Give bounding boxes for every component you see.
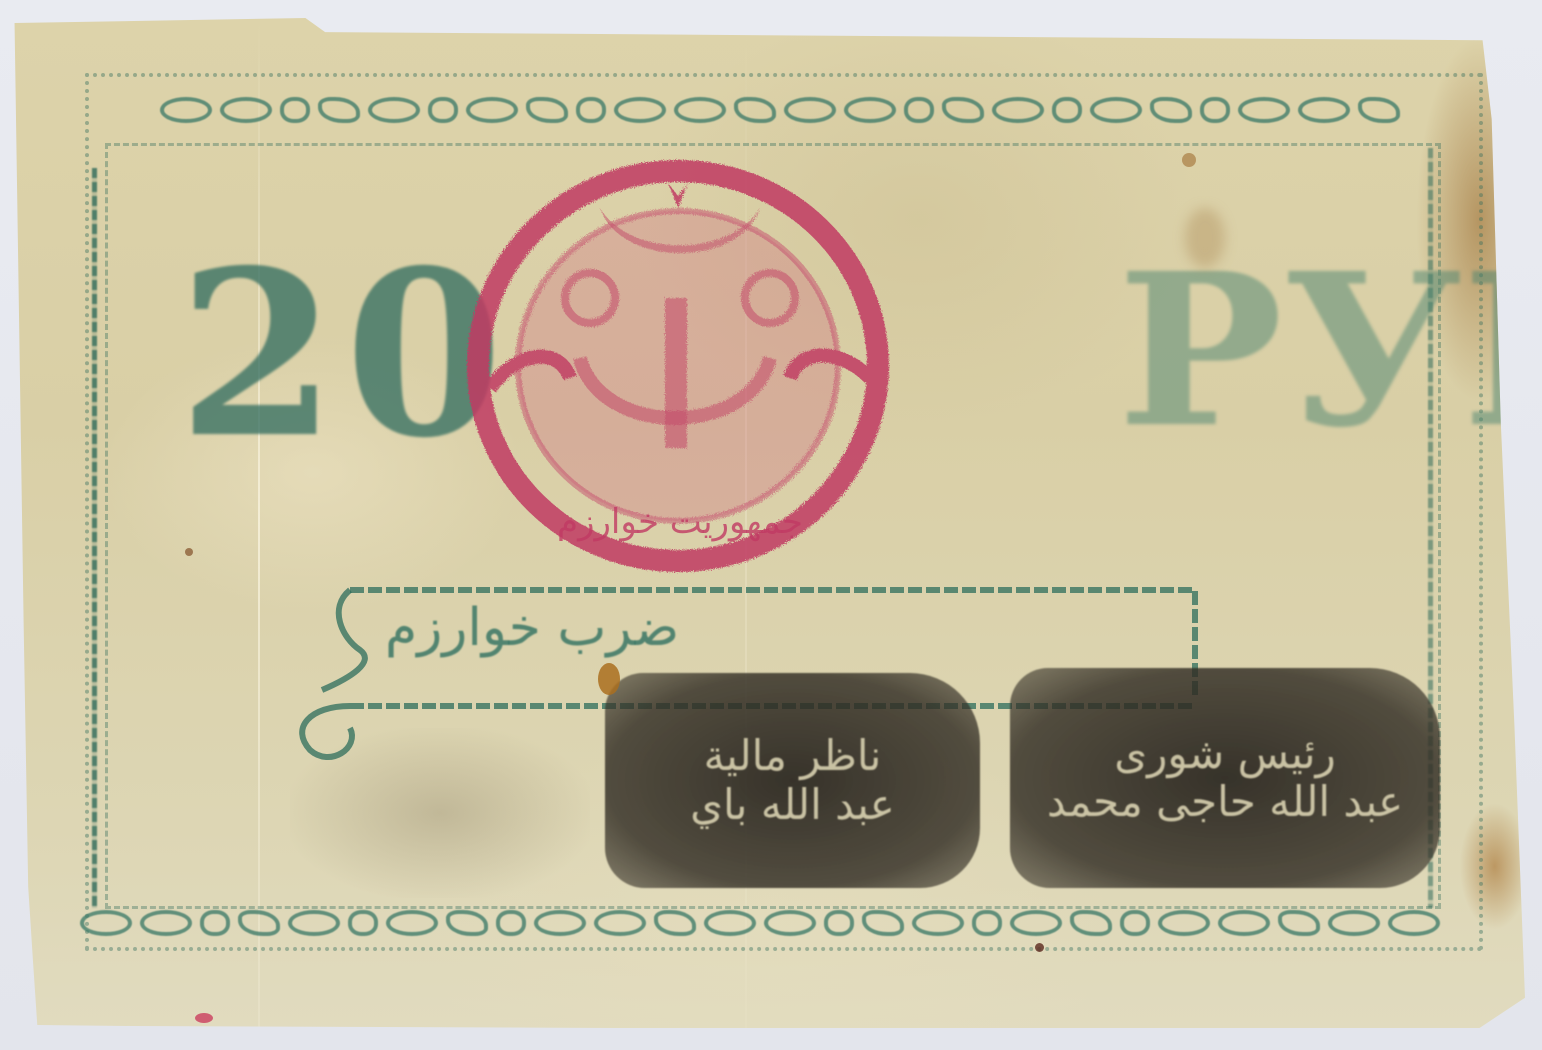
- currency-text: РУБ: [1117, 246, 1542, 456]
- stain-spot: [598, 663, 620, 695]
- plate-line: عبد الله باي: [690, 781, 895, 829]
- stain-spot: [1035, 943, 1044, 952]
- stain-spot: [185, 548, 193, 556]
- left-border-rule: [92, 168, 97, 908]
- seal-inscription: جمهوريت خوارزم: [557, 502, 803, 542]
- plate-line: رئيس شورى: [1114, 730, 1336, 778]
- stain-spot: [1182, 153, 1196, 167]
- signature-plate-right: رئيس شورى عبد الله حاجى محمد: [1010, 668, 1440, 888]
- red-ink-speck: [195, 1013, 213, 1023]
- banknote-paper: 20 РУБ ضرب خوارزم: [10, 18, 1525, 1028]
- photo-stage: 20 РУБ ضرب خوارزم: [0, 0, 1542, 1050]
- signature-plate-left: ناظر مالية عبد الله باي: [605, 673, 980, 888]
- plate-line: ناظر مالية: [704, 732, 882, 780]
- red-seal-stamp: جمهوريت خوارزم: [450, 148, 910, 578]
- top-ornament-band: [160, 90, 1400, 130]
- stain-spot: [1185, 208, 1225, 268]
- faded-plate-impression: [290, 728, 590, 898]
- bottom-ornament-band: [80, 903, 1440, 943]
- cartouche-inscription: ضرب خوارزم: [385, 598, 679, 658]
- plate-line: عبد الله حاجى محمد: [1047, 778, 1403, 826]
